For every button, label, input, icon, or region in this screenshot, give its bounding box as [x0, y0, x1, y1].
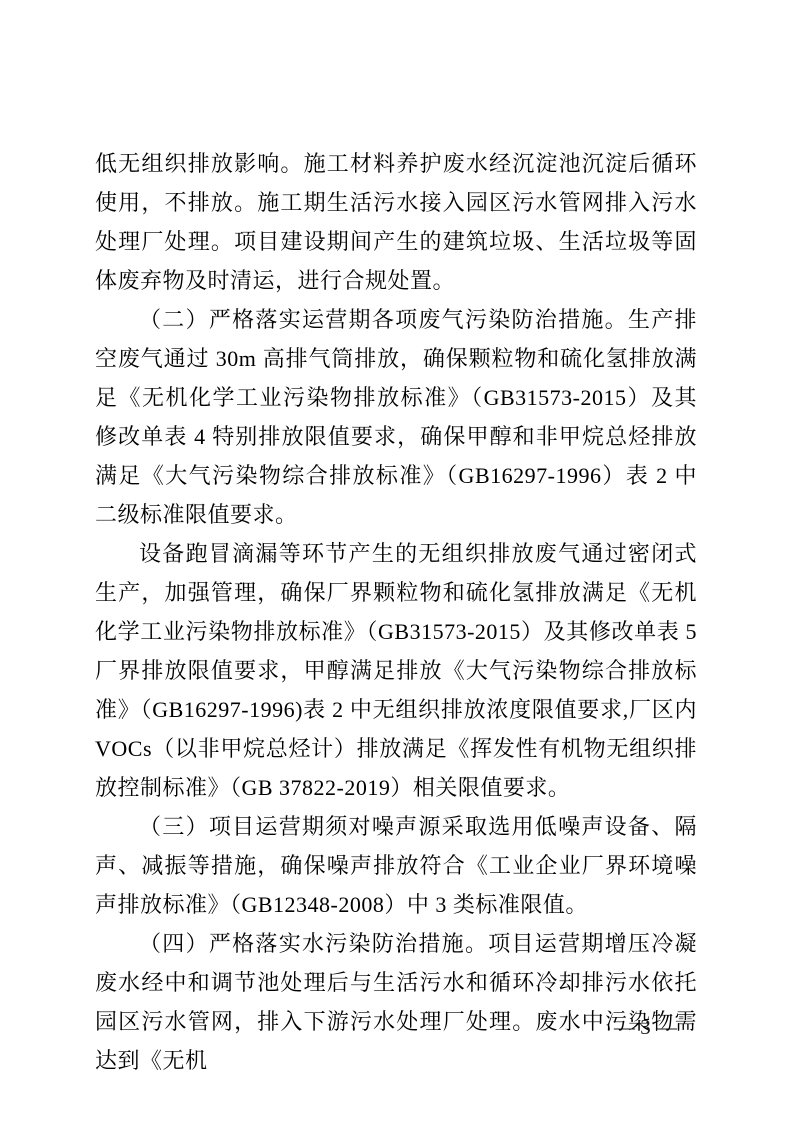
paragraph-item-4-wastewater: （四）严格落实水污染防治措施。项目运营期增压冷凝废水经中和调节池处理后与生活污水…	[95, 924, 697, 1080]
paragraph-construction-measures: 低无组织排放影响。施工材料养护废水经沉淀池沉淀后循环使用，不排放。施工期生活污水…	[95, 144, 697, 300]
paragraph-item-3-noise: （三）项目运营期须对噪声源采取选用低噪声设备、隔声、减振等措施，确保噪声排放符合…	[95, 807, 697, 924]
paragraph-fugitive-emissions: 设备跑冒滴漏等环节产生的无组织排放废气通过密闭式生产，加强管理，确保厂界颗粒物和…	[95, 534, 697, 807]
paragraph-item-2-exhaust-gas: （二）严格落实运营期各项废气污染防治措施。生产排空废气通过 30m 高排气筒排放…	[95, 300, 697, 534]
document-page: 低无组织排放影响。施工材料养护废水经沉淀池沉淀后循环使用，不排放。施工期生活污水…	[0, 0, 793, 1122]
document-body: 低无组织排放影响。施工材料养护废水经沉淀池沉淀后循环使用，不排放。施工期生活污水…	[95, 144, 697, 1080]
page-number: — 3 —	[614, 1012, 677, 1042]
